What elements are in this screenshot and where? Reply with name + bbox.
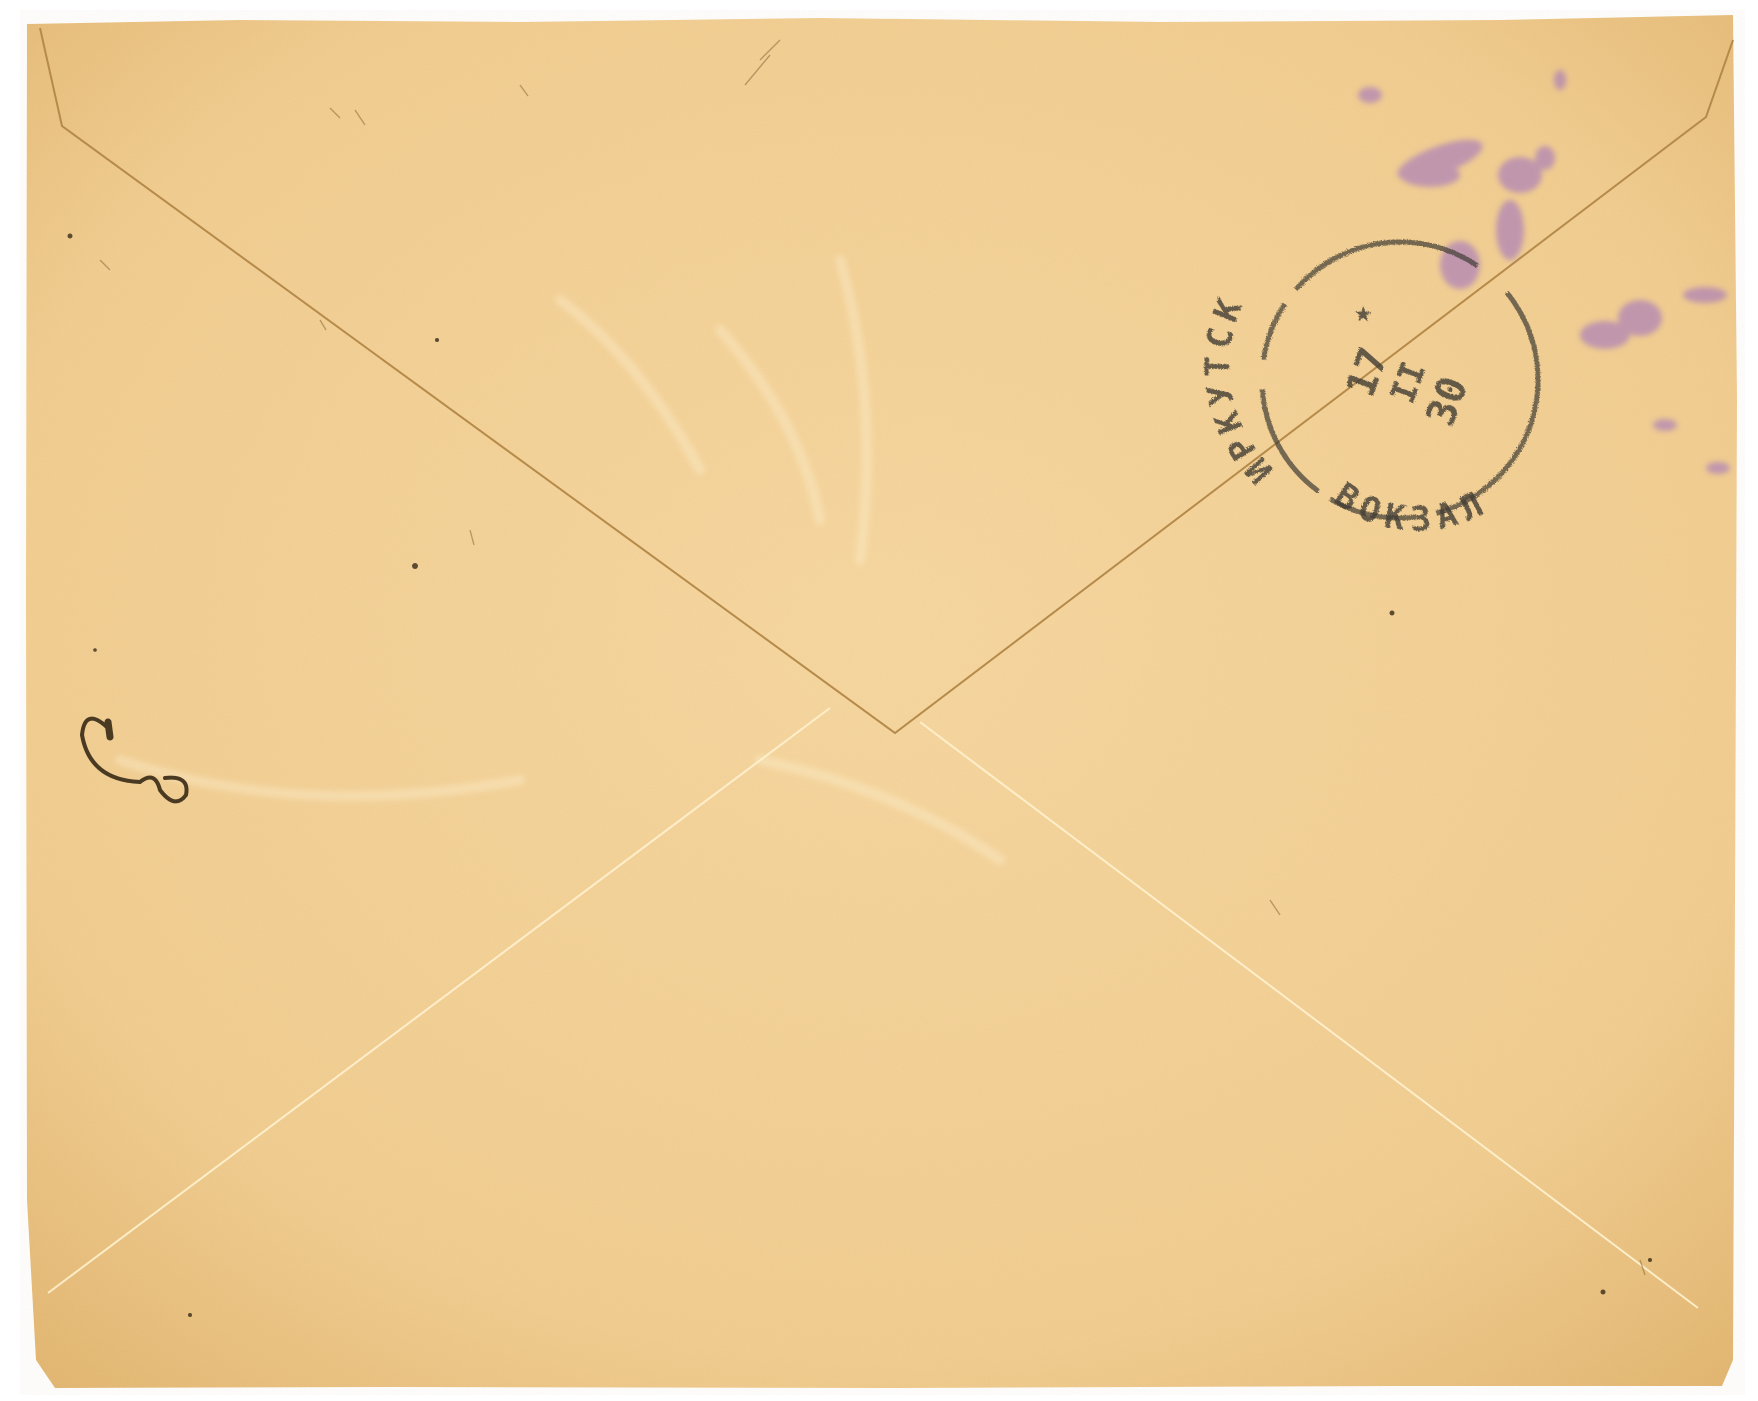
envelope-photo: ИРКУТСК ВОКЗАЛ 17 II 30 ★ ℰ [0, 0, 1758, 1401]
paper-texture [20, 10, 1745, 1395]
